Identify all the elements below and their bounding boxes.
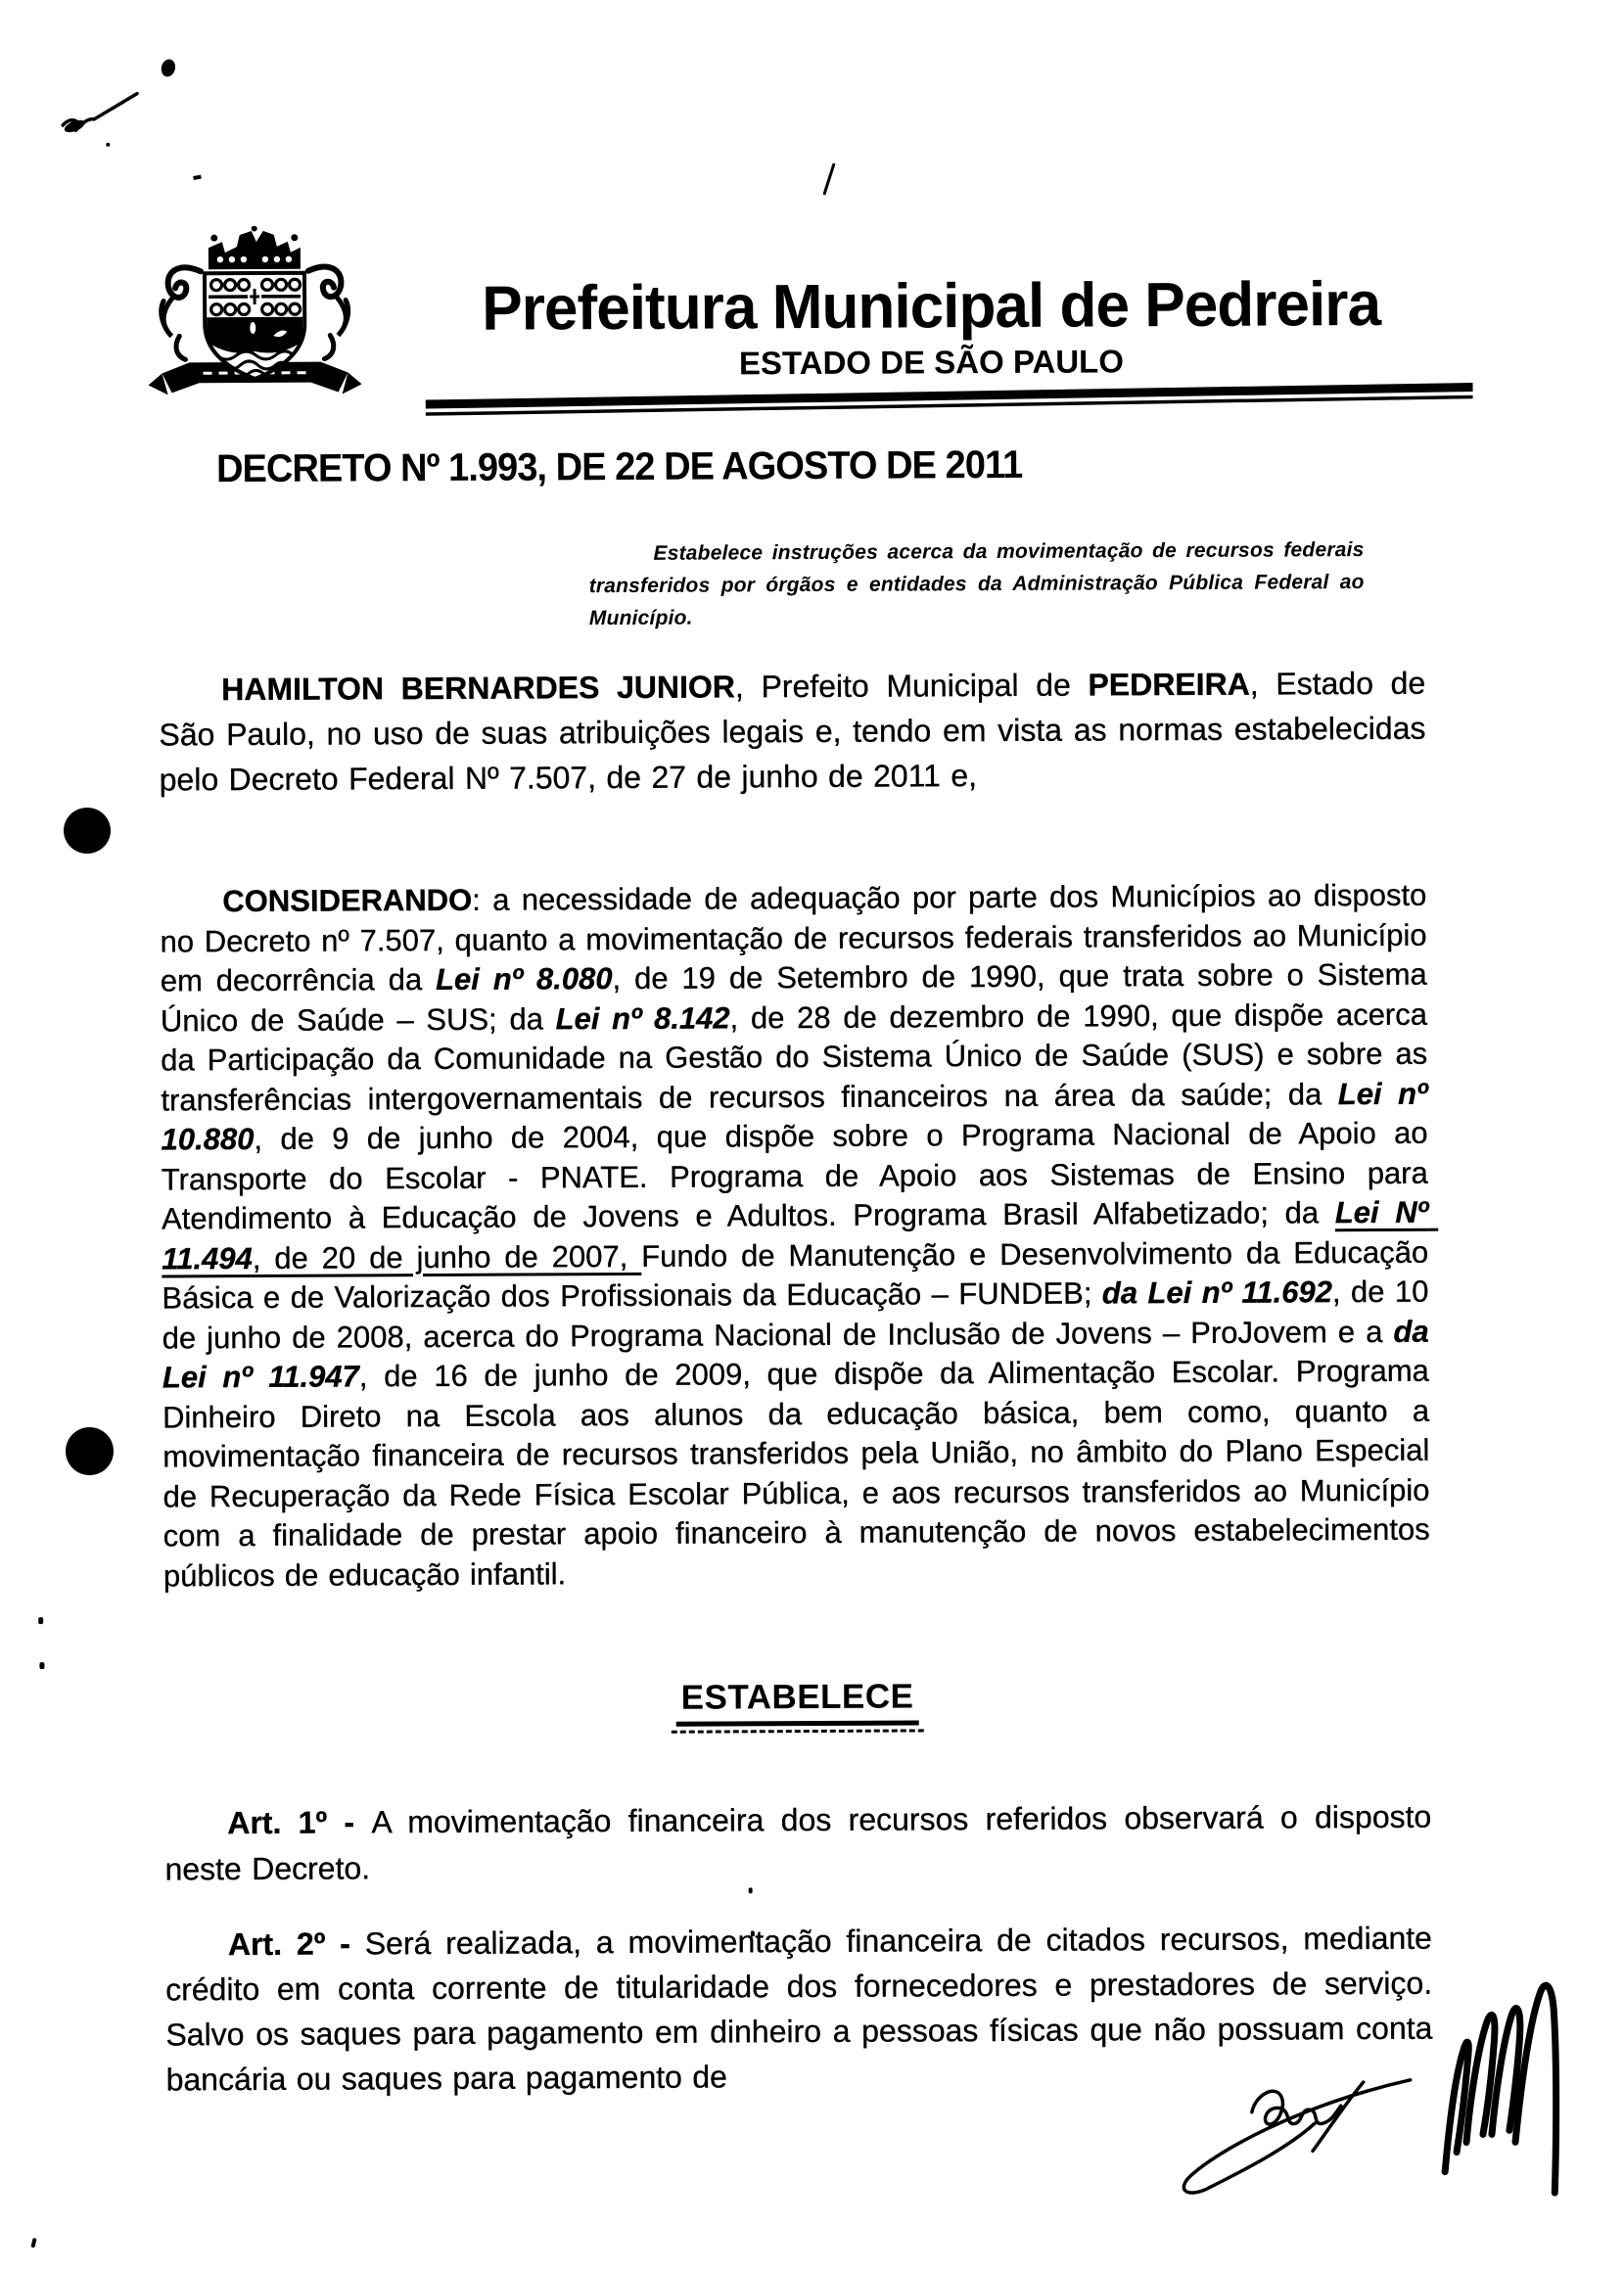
hole-punch-bottom	[66, 1427, 114, 1475]
state-subtitle: ESTADO DE SÃO PAULO	[397, 341, 1464, 384]
estabelece-underline	[672, 1729, 924, 1733]
scan-speck	[39, 1662, 44, 1669]
letterhead-text: Prefeitura Municipal de Pedreira ESTADO …	[397, 270, 1465, 384]
pen-scribble-icon	[49, 50, 207, 188]
signature-scribble-icon	[1432, 1964, 1568, 2204]
decree-summary: Estabelece instruções acerca da moviment…	[588, 533, 1365, 634]
text-segment: CONSIDERANDO	[222, 883, 472, 918]
page-content: Prefeitura Municipal de Pedreira ESTADO …	[0, 0, 1624, 2272]
estabelece-heading: ESTABELECE	[164, 1675, 1431, 1737]
text-segment: , de 20 de junho de 2007,	[253, 1238, 642, 1275]
considerando-paragraph: CONSIDERANDO: a necessidade de adequação…	[160, 876, 1430, 1597]
text-segment: , Prefeito Municipal de	[735, 668, 1089, 705]
text-segment: Art. 2º -	[228, 1925, 365, 1962]
org-name-title: Prefeitura Municipal de Pedreira	[413, 271, 1449, 342]
article-1-paragraph: Art. 1º - A movimentação financeira dos …	[164, 1794, 1431, 1893]
letterhead-rule	[426, 380, 1473, 417]
preamble-paragraph: HAMILTON BERNARDES JUNIOR, Prefeito Muni…	[159, 661, 1426, 803]
scan-speck	[822, 162, 835, 195]
hole-punch-top	[64, 808, 111, 854]
text-segment: HAMILTON BERNARDES JUNIOR	[221, 669, 735, 707]
decree-title: DECRETO Nº 1.993, DE 22 DE AGOSTO DE 201…	[216, 443, 1022, 491]
estabelece-label: ESTABELECE	[676, 1677, 919, 1726]
text-segment: , de 9 de junho de 2004, que dispõe sobr…	[162, 1116, 1438, 1236]
scan-speck	[751, 1930, 755, 1936]
text-segment: PEDREIRA	[1088, 667, 1250, 703]
scanned-document-page: Prefeitura Municipal de Pedreira ESTADO …	[0, 0, 1624, 2272]
text-segment: Art. 1º -	[227, 1804, 371, 1840]
text-segment: Lei nº 8.142	[556, 1000, 730, 1036]
scan-speck	[30, 2238, 36, 2249]
text-segment: da Lei nº 11.692	[1102, 1275, 1332, 1310]
scan-speck	[38, 1617, 43, 1624]
text-segment: Lei nº 8.080	[436, 961, 613, 997]
scan-speck	[749, 1887, 753, 1893]
letterhead: Prefeitura Municipal de Pedreira ESTADO …	[0, 0, 1619, 4]
signature-initials-icon	[1166, 2064, 1416, 2212]
coat-of-arms-icon	[146, 225, 364, 414]
